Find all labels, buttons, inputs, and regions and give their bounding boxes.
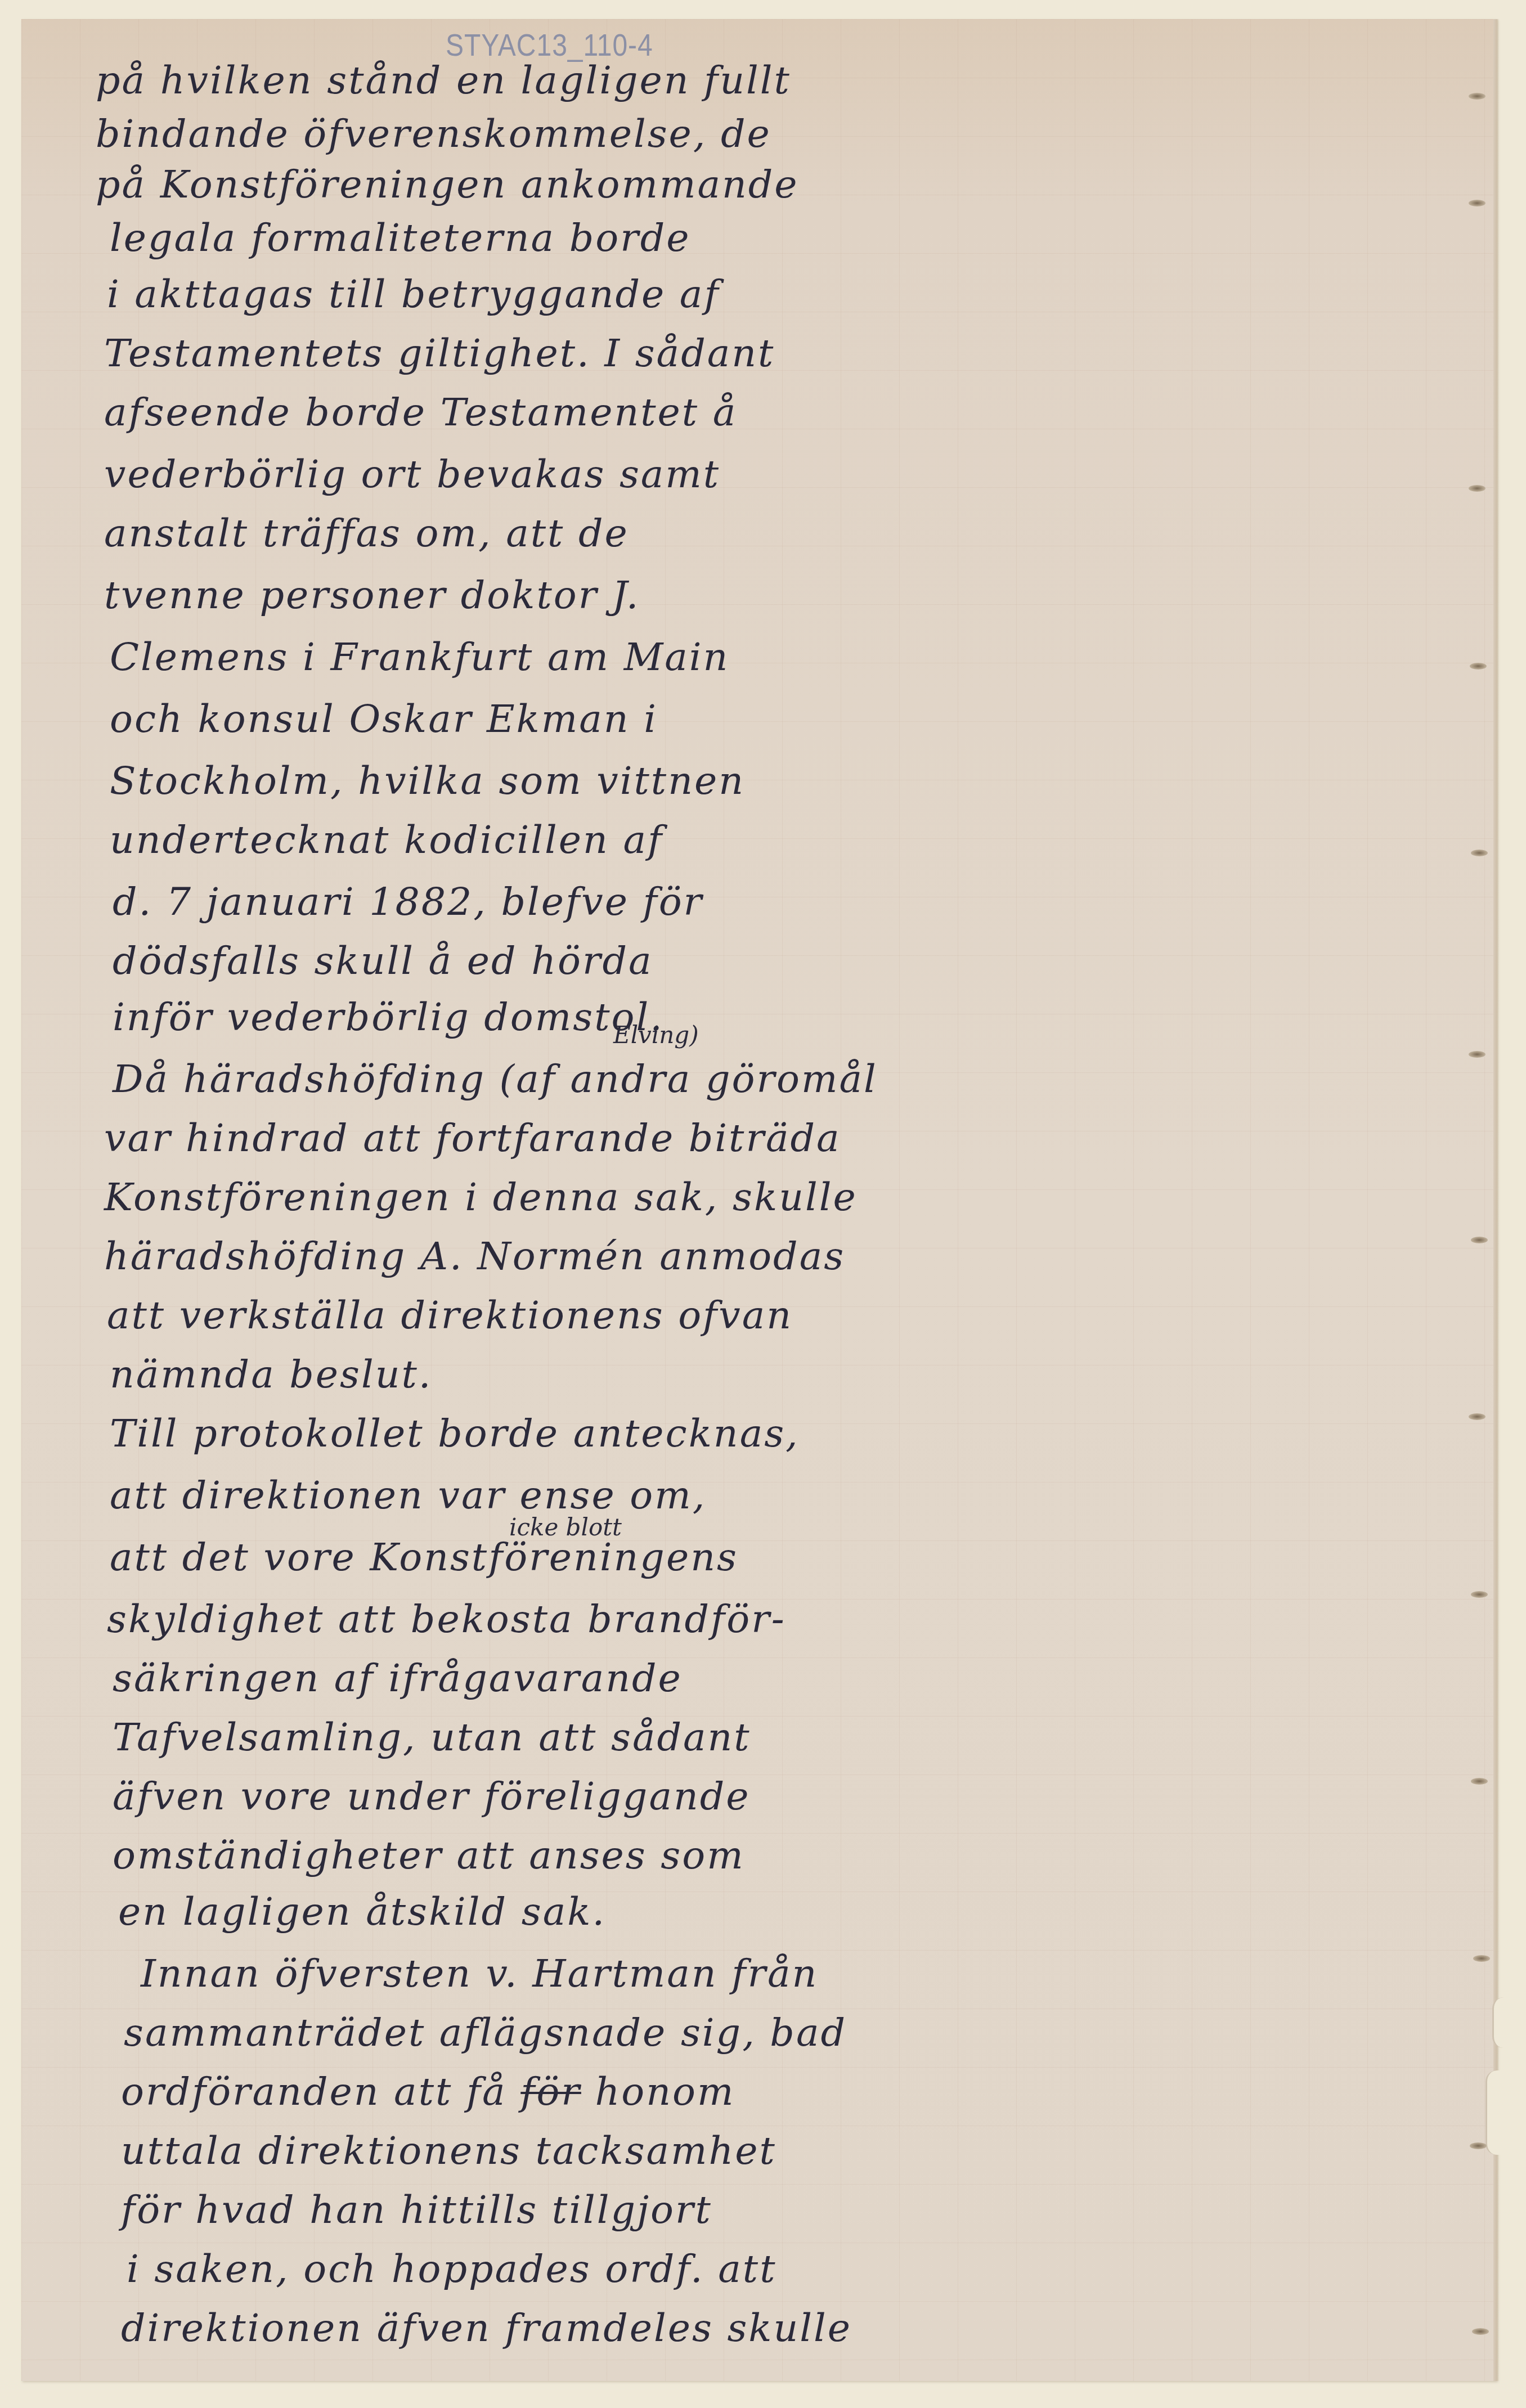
manuscript-line: att det vore Konstföreningens [110, 1539, 738, 1577]
manuscript-line: direktionen äfven framdeles skulle [121, 2310, 852, 2348]
manuscript-line: en lagligen åtskild sak. [118, 1893, 606, 1931]
manuscript-line: och konsul Oskar Ekman i [110, 700, 658, 739]
manuscript-line: att direktionen var ense om, [110, 1477, 706, 1515]
manuscript-line: dödsfalls skull å ed hörda [113, 942, 653, 981]
handwritten-text-body: på hvilken stånd en lagligen fulltbindan… [0, 0, 1526, 2408]
manuscript-line: tvenne personer doktor J. [104, 577, 640, 615]
struck-out-word: för [520, 2070, 581, 2114]
manuscript-line: vederbörlig ort bevakas samt [104, 456, 720, 494]
manuscript-line: på Konstföreningen ankommande [96, 166, 799, 204]
interlinear-insertion: icke blott [509, 1513, 622, 1541]
manuscript-line: i saken, och hoppades ordf. att [127, 2250, 777, 2289]
manuscript-line: afseende borde Testamentet å [104, 394, 737, 432]
manuscript-line: Stockholm, hvilka som vittnen [110, 762, 745, 801]
manuscript-line: på hvilken stånd en lagligen fullt [96, 62, 791, 100]
manuscript-line: Då häradshöfding (af andra göromål [113, 1061, 878, 1099]
interlinear-insertion: Elving) [613, 1021, 699, 1049]
manuscript-line: inför vederbörlig domstol. [113, 999, 664, 1037]
manuscript-line: Till protokollet borde antecknas, [110, 1415, 800, 1453]
manuscript-line: säkringen af ifrågavarande [113, 1660, 683, 1698]
manuscript-line: Clemens i Frankfurt am Main [110, 639, 729, 677]
manuscript-line: anstalt träffas om, att de [104, 515, 629, 553]
manuscript-line: omständigheter att anses som [113, 1837, 745, 1875]
manuscript-line: uttala direktionens tacksamhet [121, 2132, 777, 2171]
manuscript-line: för hvad han hittills tillgjort [121, 2191, 712, 2230]
manuscript-line: skyldighet att bekosta brandför- [107, 1601, 786, 1639]
manuscript-line: Innan öfversten v. Hartman från [141, 1955, 818, 1993]
manuscript-line: undertecknat kodicillen af [110, 821, 663, 860]
manuscript-line: sammanträdet aflägsnade sig, bad [124, 2014, 847, 2052]
manuscript-line: Tafvelsamling, utan att sådant [113, 1719, 751, 1757]
manuscript-line: häradshöfding A. Normén anmodas [104, 1238, 845, 1276]
manuscript-line: Konstföreningen i denna sak, skulle [104, 1179, 858, 1217]
manuscript-line: att verkställa direktionens ofvan [107, 1297, 793, 1335]
manuscript-line: i akttagas till betryggande af [107, 276, 720, 314]
manuscript-line: nämnda beslut. [110, 1356, 432, 1394]
manuscript-line: äfven vore under föreliggande [113, 1778, 751, 1816]
manuscript-line: var hindrad att fortfarande biträda [104, 1120, 841, 1158]
manuscript-line: ordföranden att få för honom [121, 2073, 735, 2112]
manuscript-line: d. 7 januari 1882, blefve för [113, 883, 703, 922]
manuscript-line: legala formaliteterna borde [110, 219, 690, 258]
manuscript-line: bindande öfverenskommelse, de [96, 115, 771, 154]
manuscript-line: Testamentets giltighet. I sådant [104, 335, 775, 373]
